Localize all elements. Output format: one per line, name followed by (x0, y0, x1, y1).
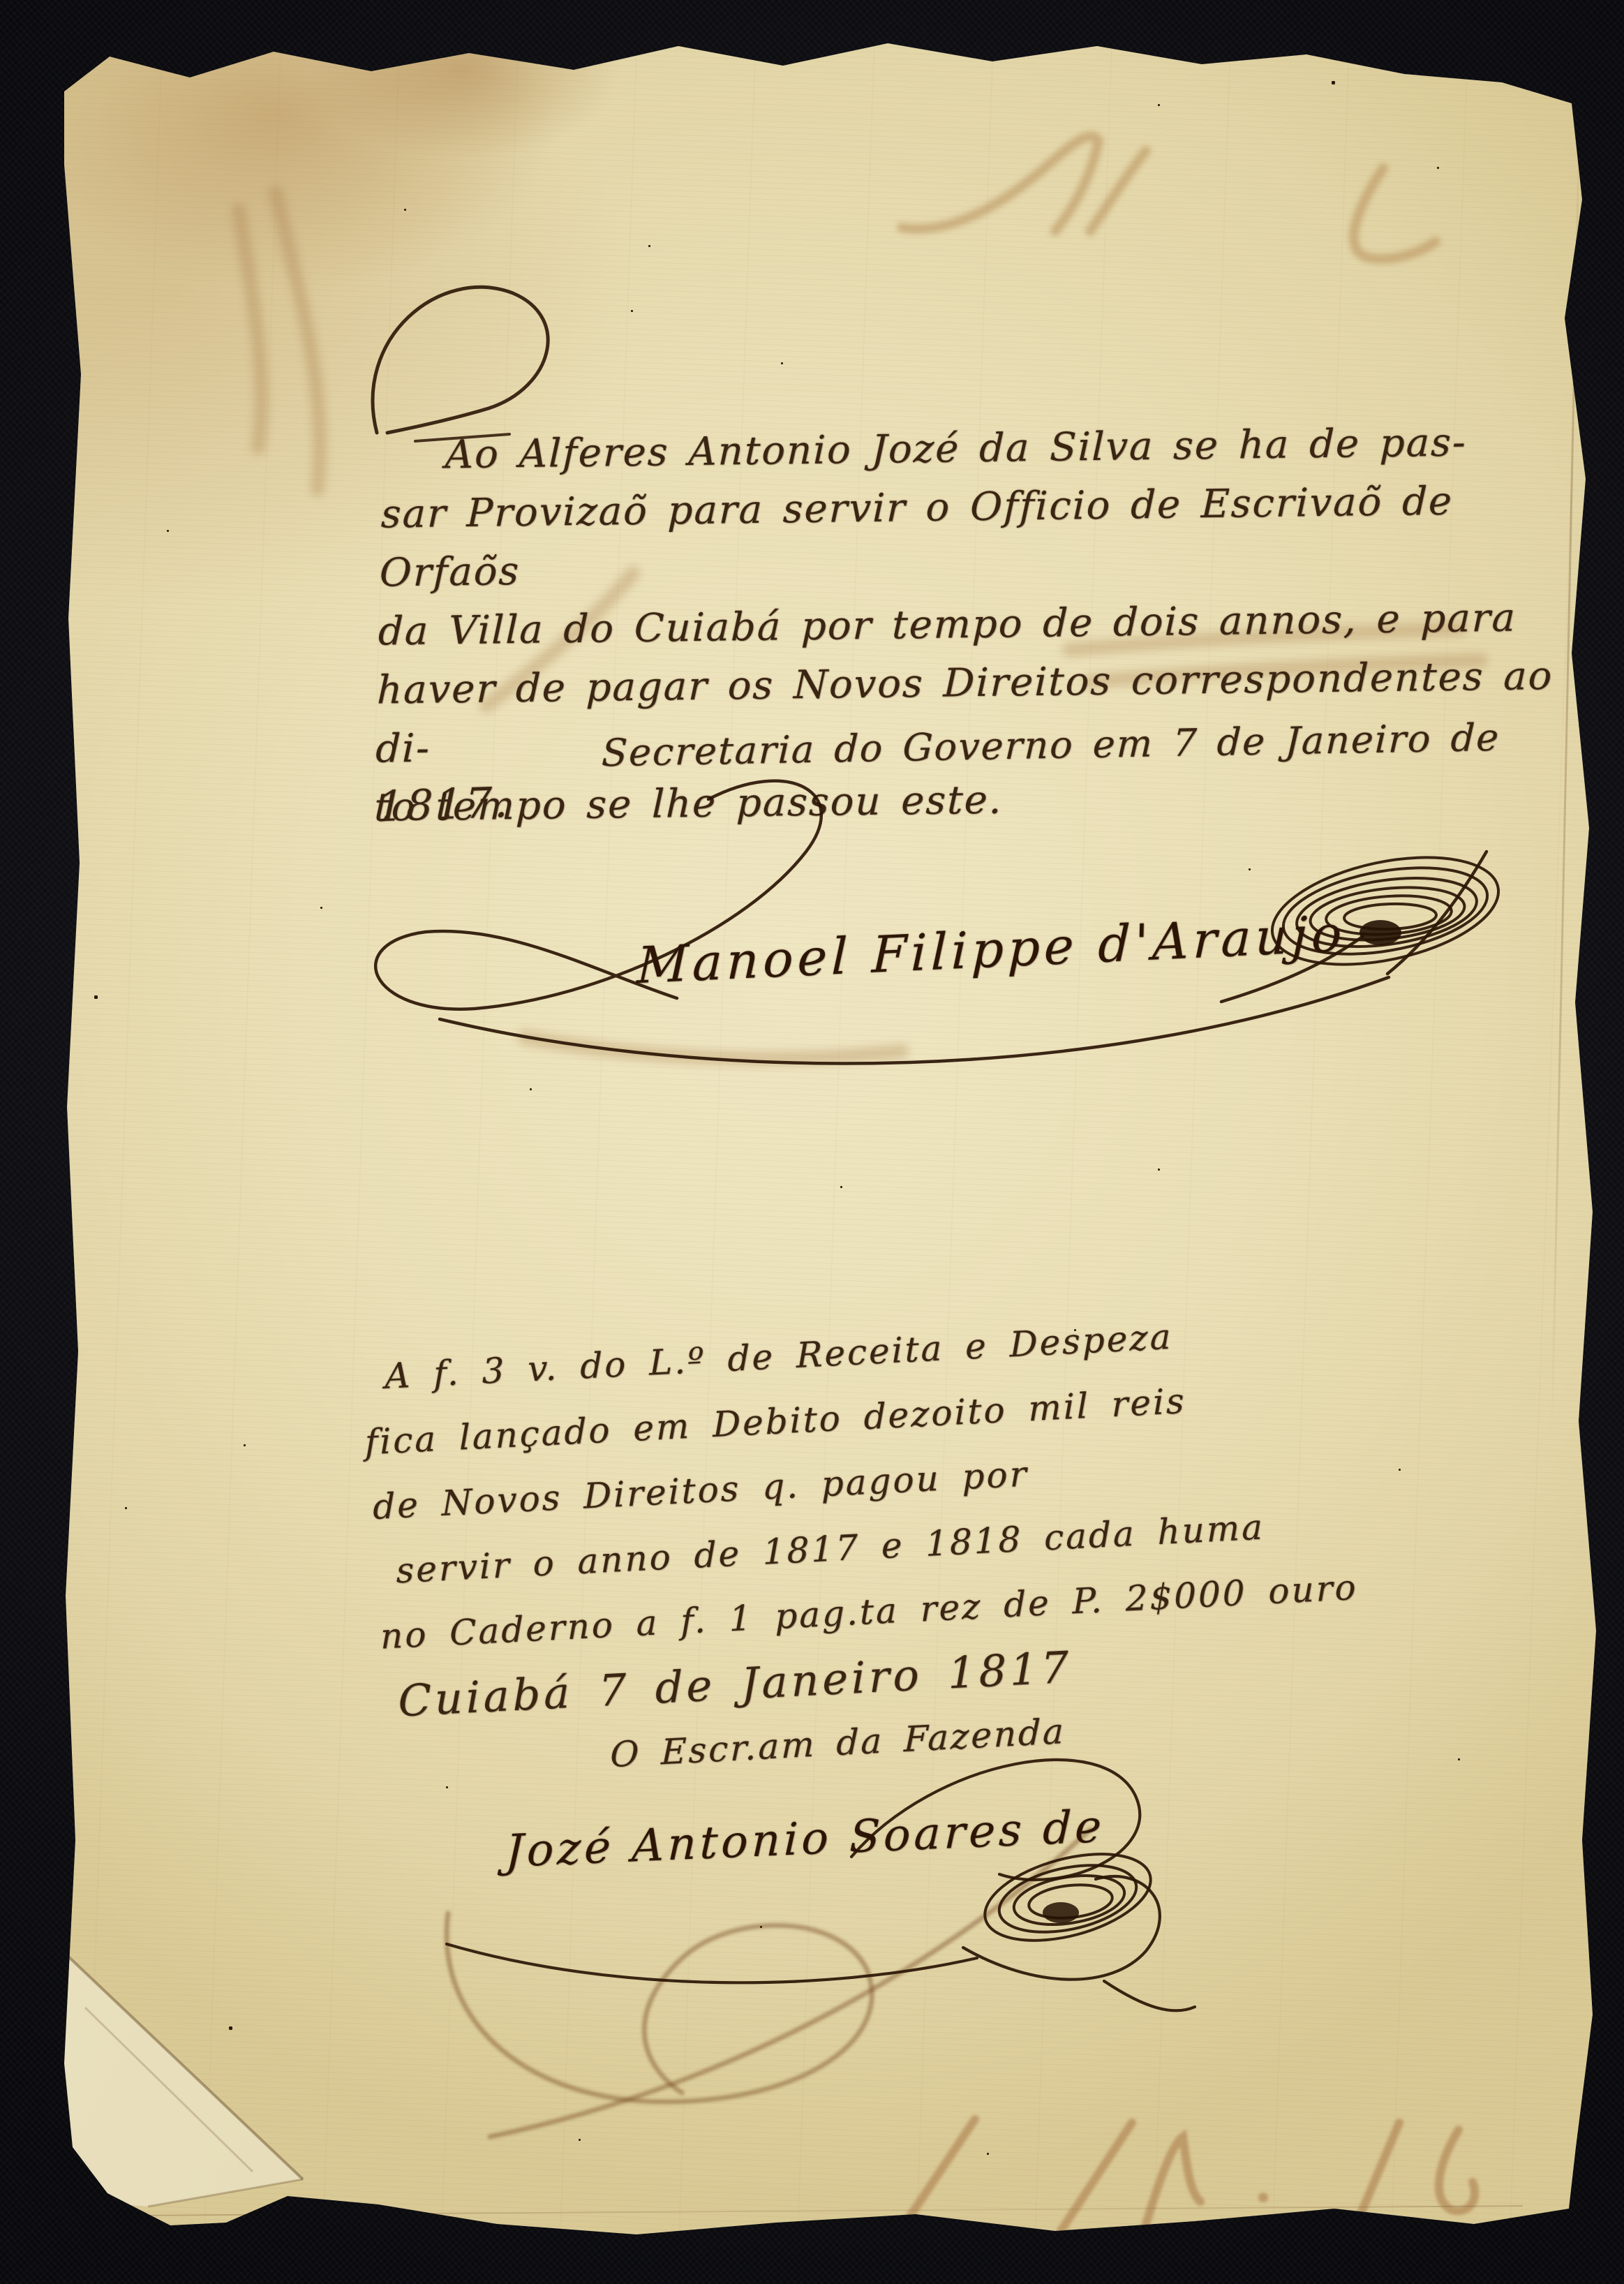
manuscript-page: Ao Alferes Antonio Jozé da Silva se ha d… (43, 25, 1603, 2259)
photo-scene: Ao Alferes Antonio Jozé da Silva se ha d… (0, 0, 1624, 2284)
manuscript-line: sar Provizaõ para servir o Officio de Es… (379, 470, 1582, 602)
rubric-flourish (405, 1710, 1326, 2045)
receipt-note: A f. 3 v. do L.º de Receita e Despeza fi… (364, 1290, 1457, 1735)
faint-number-marks (907, 2119, 1475, 2231)
